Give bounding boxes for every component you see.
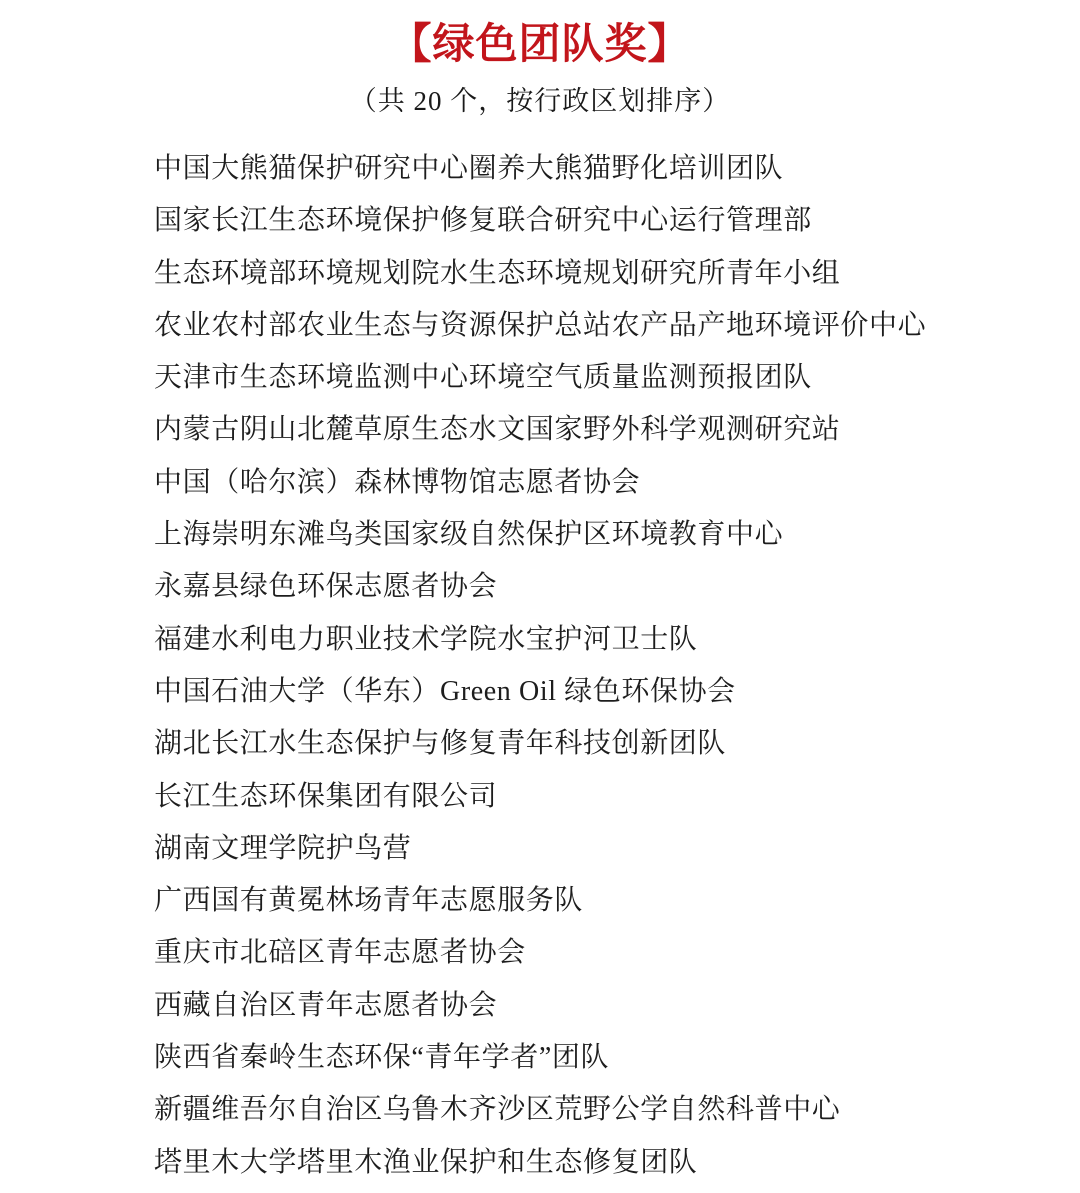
team-list-item: 长江生态环保集团有限公司 [154, 771, 1040, 823]
team-list-item: 湖南文理学院护鸟营 [154, 823, 1040, 875]
team-list-item: 福建水利电力职业技术学院水宝护河卫士队 [154, 614, 1040, 666]
award-subtitle: （共 20 个，按行政区划排序） [0, 85, 1080, 117]
team-list-item: 陕西省秦岭生态环保“青年学者”团队 [154, 1032, 1040, 1084]
team-list-item: 生态环境部环境规划院水生态环境规划研究所青年小组 [154, 248, 1040, 300]
team-list-item: 广西国有黄冕林场青年志愿服务队 [154, 875, 1040, 927]
team-list-item: 塔里木大学塔里木渔业保护和生态修复团队 [154, 1137, 1040, 1189]
team-list-item: 内蒙古阴山北麓草原生态水文国家野外科学观测研究站 [154, 404, 1040, 456]
team-list-item: 中国石油大学（华东）Green Oil 绿色环保协会 [154, 666, 1040, 718]
team-list-item: 中国大熊猫保护研究中心圈养大熊猫野化培训团队 [154, 143, 1040, 195]
team-list-item: 西藏自治区青年志愿者协会 [154, 980, 1040, 1032]
team-list-item: 重庆市北碚区青年志愿者协会 [154, 927, 1040, 979]
award-document: 【绿色团队奖】 （共 20 个，按行政区划排序） 中国大熊猫保护研究中心圈养大熊… [0, 0, 1080, 1193]
team-list-item: 天津市生态环境监测中心环境空气质量监测预报团队 [154, 352, 1040, 404]
team-list-item: 农业农村部农业生态与资源保护总站农产品产地环境评价中心 [154, 300, 1040, 352]
team-list-item: 湖北长江水生态保护与修复青年科技创新团队 [154, 718, 1040, 770]
team-list-item: 国家长江生态环境保护修复联合研究中心运行管理部 [154, 195, 1040, 247]
team-list-item: 永嘉县绿色环保志愿者协会 [154, 561, 1040, 613]
award-title: 【绿色团队奖】 [0, 20, 1080, 70]
team-list: 中国大熊猫保护研究中心圈养大熊猫野化培训团队 国家长江生态环境保护修复联合研究中… [0, 117, 1080, 1189]
team-list-item: 上海崇明东滩鸟类国家级自然保护区环境教育中心 [154, 509, 1040, 561]
team-list-item: 中国（哈尔滨）森林博物馆志愿者协会 [154, 457, 1040, 509]
team-list-item: 新疆维吾尔自治区乌鲁木齐沙区荒野公学自然科普中心 [154, 1084, 1040, 1136]
